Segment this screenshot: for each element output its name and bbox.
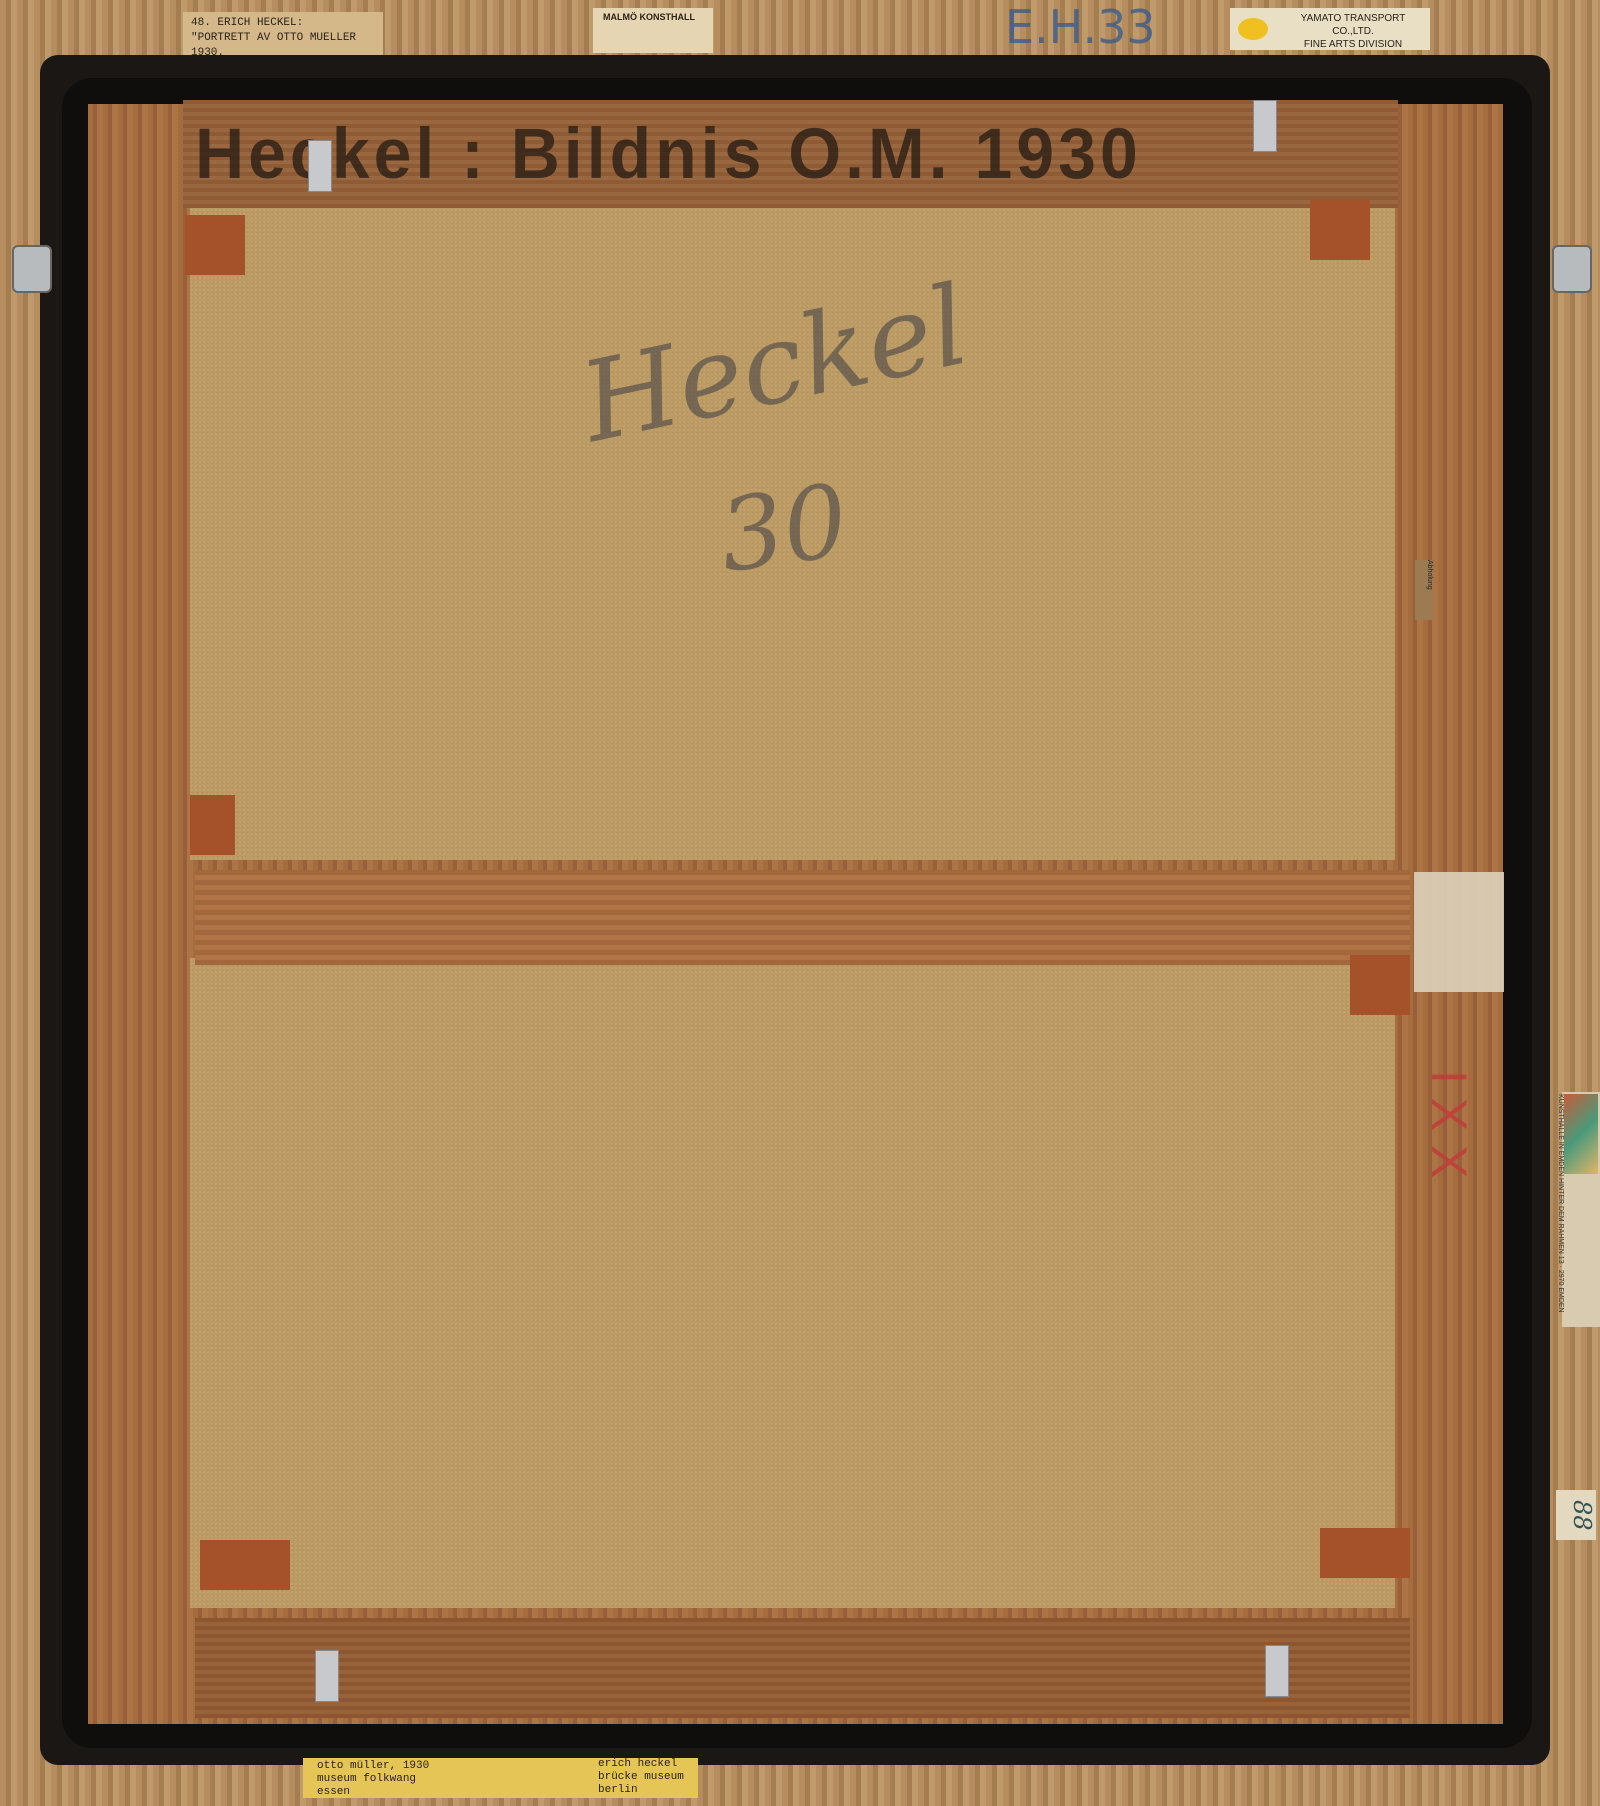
- label-text: MALMÖ KONSTHALL: [603, 12, 695, 22]
- stretcher-crossbar: [195, 870, 1410, 965]
- label-line: brücke museum: [598, 1771, 698, 1784]
- stretcher-bottom-bar: [195, 1618, 1410, 1718]
- yamato-transport-label: YAMATO TRANSPORT CO.,LTD. FINE ARTS DIVI…: [1230, 8, 1430, 50]
- label-line: "PORTRETT AV OTTO MUELLER: [191, 31, 375, 46]
- corner-key: [1320, 1528, 1410, 1578]
- stretcher-inscription: Heckel : Bildnis O.M. 1930: [195, 113, 1142, 195]
- malmo-konsthall-label: MALMÖ KONSTHALL: [593, 8, 713, 53]
- label-line: 48. ERICH HECKEL:: [191, 16, 375, 31]
- yamato-cat-logo-icon: [1238, 18, 1268, 40]
- label-line: berlin: [598, 1784, 698, 1797]
- abholung-label: Abholung: [1415, 560, 1433, 620]
- mounting-plate: [1253, 100, 1277, 152]
- mounting-plate: [315, 1650, 339, 1702]
- bruecke-museum-label: erich heckel brücke museum berlin: [598, 1758, 698, 1798]
- blue-inventory-inscription: E.H.33: [1005, 0, 1156, 54]
- corner-key: [1350, 955, 1410, 1015]
- hanging-bracket-icon: [12, 245, 52, 293]
- pencil-year: 30: [712, 462, 854, 596]
- label-line: FINE ARTS DIVISION: [1280, 38, 1426, 51]
- corner-key: [190, 795, 235, 855]
- label-artwork-thumbnail: [1564, 1094, 1598, 1174]
- corner-key: [1310, 200, 1370, 260]
- label-address: HINTER DEM RAHMEN 13 · 2970 EMDEN: [1557, 1178, 1564, 1313]
- label-line: erich heckel: [598, 1758, 698, 1771]
- torn-paper-label: [1414, 872, 1504, 992]
- kunsthalle-emden-label: KUNSTHALLE IN EMDEN HINTER DEM RAHMEN 13…: [1562, 1092, 1600, 1327]
- label-title: KUNSTHALLE IN EMDEN: [1557, 1094, 1564, 1176]
- mounting-plate: [1265, 1645, 1289, 1697]
- corner-key: [185, 215, 245, 275]
- mounting-plate: [308, 140, 332, 192]
- canvas-lower-panel: [190, 958, 1395, 1608]
- corner-key: [200, 1540, 290, 1590]
- label-line: YAMATO TRANSPORT CO.,LTD.: [1280, 12, 1426, 38]
- red-crayon-marks: I X X: [1420, 1070, 1478, 1178]
- hanging-bracket-icon: [1552, 245, 1592, 293]
- number-label: 88: [1556, 1490, 1596, 1540]
